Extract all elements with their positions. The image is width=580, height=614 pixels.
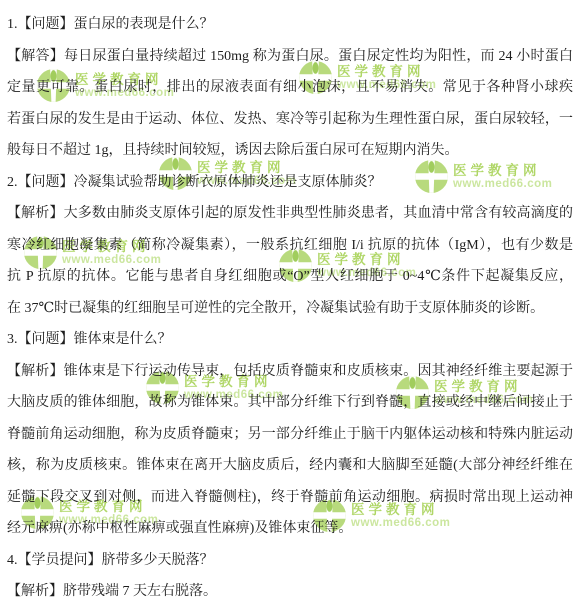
text-line: 1.【问题】蛋白尿的表现是什么？ bbox=[7, 9, 573, 41]
text-line: 般每日不超过 1g，且持续时间较短，诱因去除后蛋白尿可在短期内消失。 bbox=[7, 135, 573, 167]
text-line: 大脑皮质的锥体细胞，故称为锥体束。其中部分纤维下行到脊髓，直接或经中继后间接止于 bbox=[7, 387, 573, 419]
text-line: 核，称为皮质核束。锥体束在离开大脑皮质后，经内囊和大脑脚至延髓(大部分神经纤维在 bbox=[7, 450, 573, 482]
text-line: 延髓下段交叉到对侧，而进入脊髓侧柱)，终于脊髓前角运动细胞。病损时常出现上运动神 bbox=[7, 482, 573, 514]
text-line: 【解答】每日尿蛋白量持续超过 150mg 称为蛋白尿。蛋白尿定性均为阳性，而 2… bbox=[7, 41, 573, 73]
text-line: 3.【问题】锥体束是什么？ bbox=[7, 324, 573, 356]
text-line: 【解析】大多数由肺炎支原体引起的原发性非典型性肺炎患者，其血清中常含有较高滴度的 bbox=[7, 198, 573, 230]
text-line: 寒冷红细胞凝集素（简称冷凝集素），一般系抗红细胞 I/i 抗原的抗体（IgM），… bbox=[7, 230, 573, 262]
document-page: 医学教育网www.med66.com医学教育网www.med66.com医学教育… bbox=[0, 0, 580, 614]
text-line: 【解析】锥体束是下行运动传导束，包括皮质脊髓束和皮质核束。因其神经纤维主要起源于 bbox=[7, 356, 573, 388]
text-line: 在 37℃时已凝集的红细胞呈可逆性的完全散开，冷凝集试验有助于支原体肺炎的诊断。 bbox=[7, 293, 573, 325]
text-line: 4.【学员提问】脐带多少天脱落？ bbox=[7, 545, 573, 577]
text-line: 2.【问题】冷凝集试验帮助诊断衣原体肺炎还是支原体肺炎？ bbox=[7, 167, 573, 199]
text-line: 经元麻痹(亦称中枢性麻痹或强直性麻痹)及锥体束征等。 bbox=[7, 513, 573, 545]
text-line: 抗 P 抗原的抗体。它能与患者自身红细胞或“O”型人红细胞于 0~4℃条件下起凝… bbox=[7, 261, 573, 293]
document-text: 1.【问题】蛋白尿的表现是什么？【解答】每日尿蛋白量持续超过 150mg 称为蛋… bbox=[7, 9, 573, 608]
text-line: 若蛋白尿的发生是由于运动、体位、发热、寒冷等引起称为生理性蛋白尿，蛋白尿较轻，一 bbox=[7, 104, 573, 136]
text-line: 【解析】脐带残端 7 天左右脱落。 bbox=[7, 576, 573, 608]
text-line: 定量更可靠。蛋白尿时，排出的尿液表面有细小泡沫，且不易消失。常见于各种肾小球疾病… bbox=[7, 72, 573, 104]
text-line: 脊髓前角运动细胞，称为皮质脊髓束；另一部分纤维止于脑干内躯体运动核和特殊内脏运动 bbox=[7, 419, 573, 451]
